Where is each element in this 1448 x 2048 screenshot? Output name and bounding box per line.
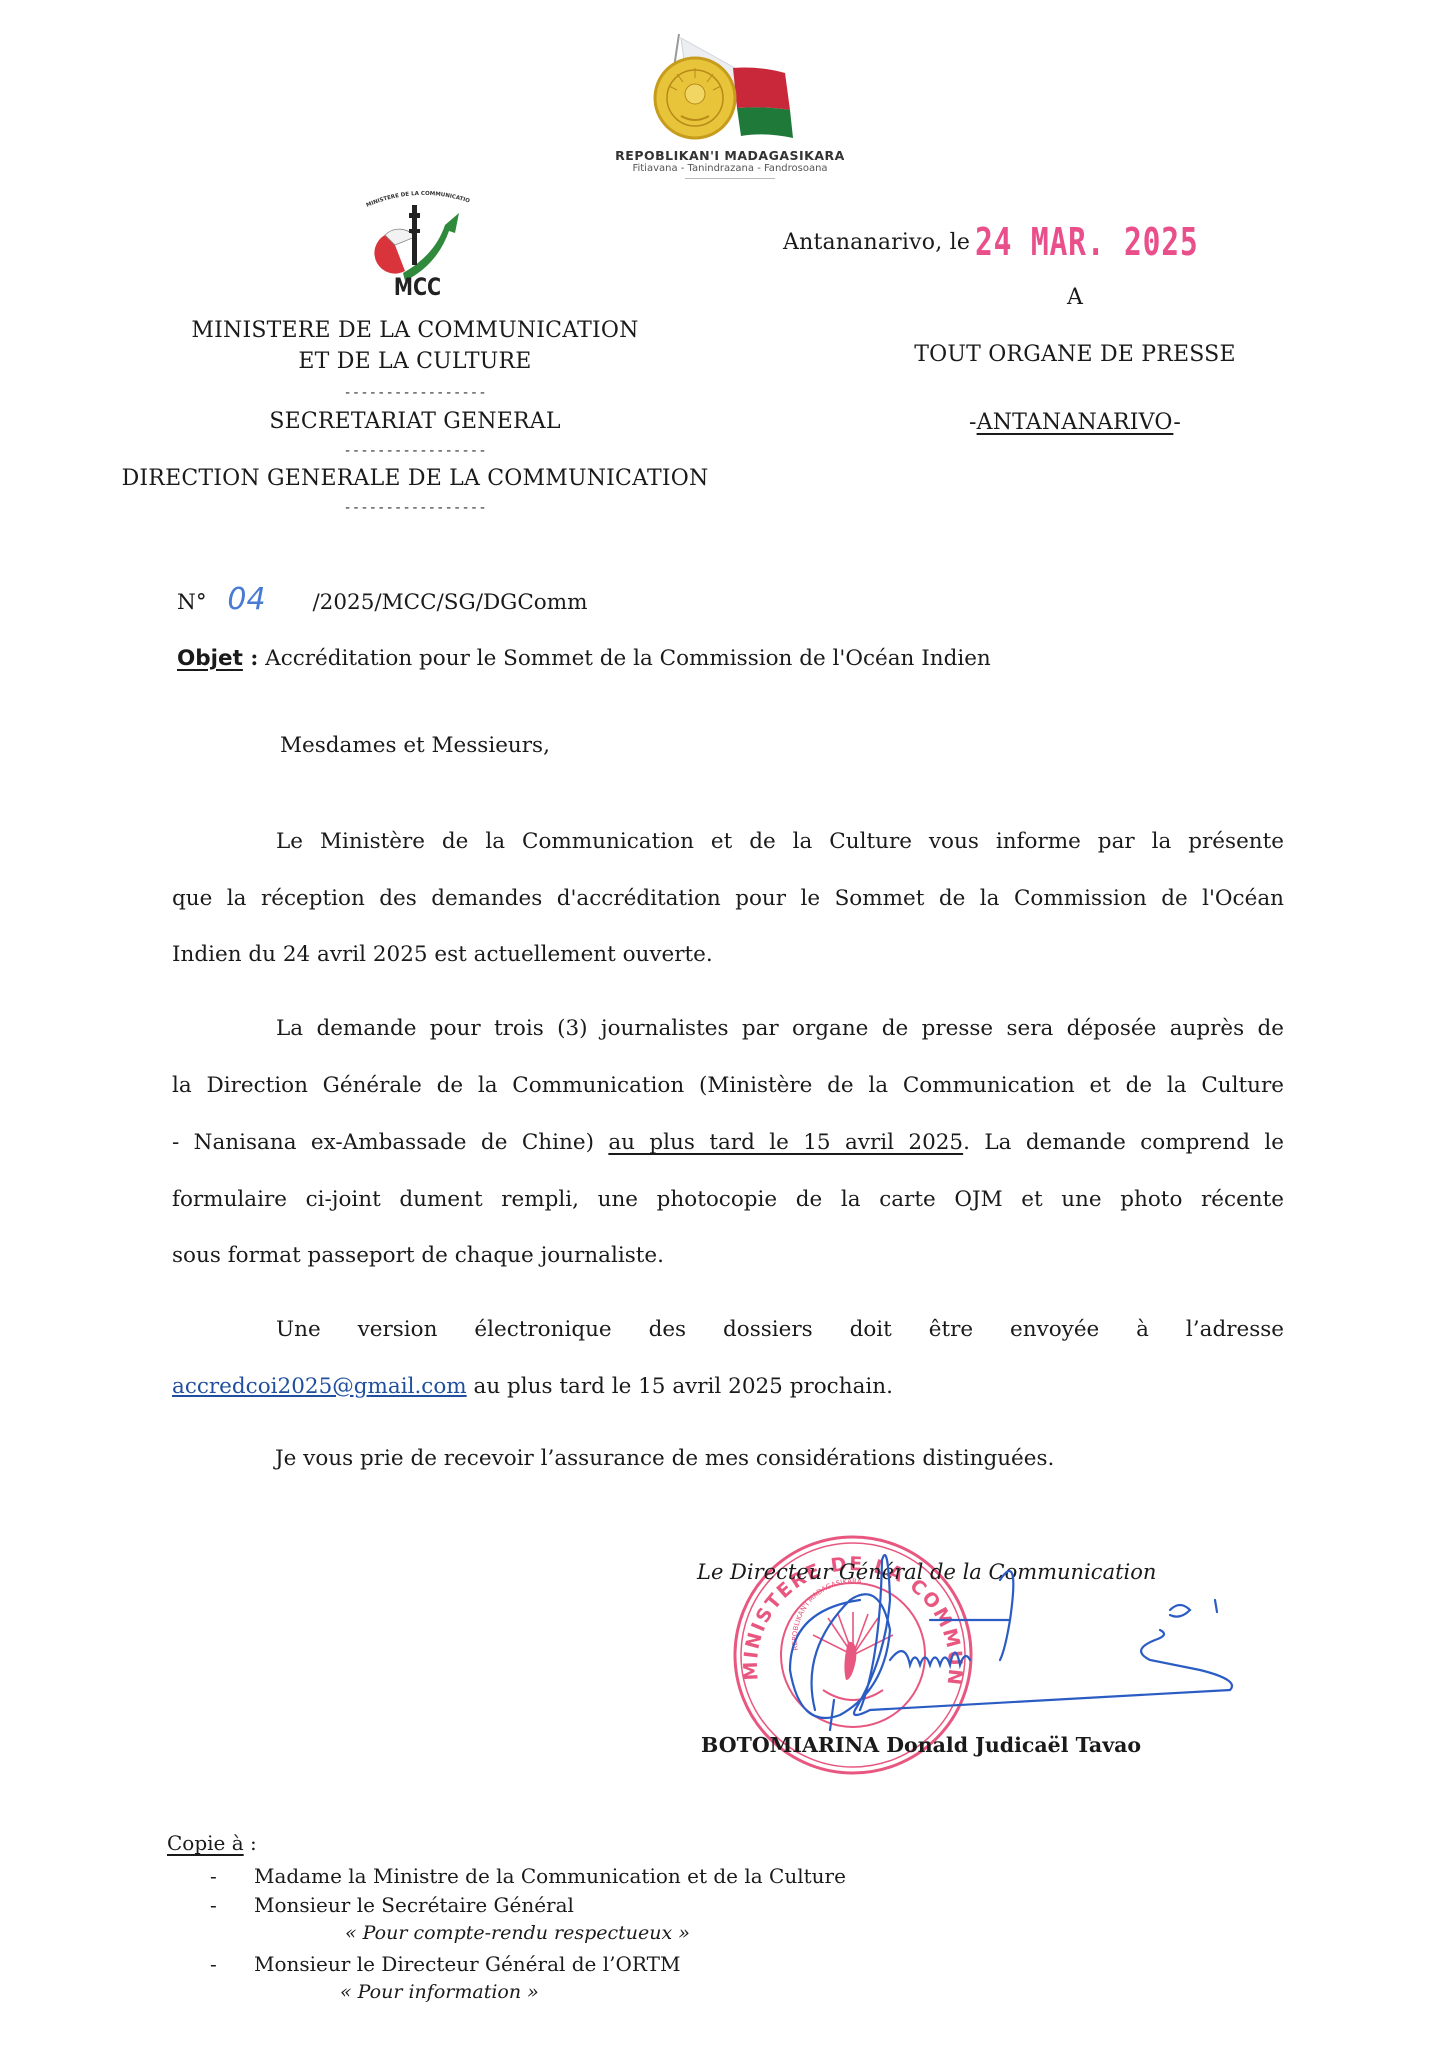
city-name: ANTANANARIVO (977, 410, 1174, 435)
signatory-name: BOTOMIARINA Donald Judicaël Tavao (701, 1733, 1141, 1757)
reference-suffix: /2025/MCC/SG/DGComm (312, 590, 587, 615)
copies-label: Copie à : (167, 1831, 257, 1855)
copy-item: Monsieur le Secrétaire Général (254, 1893, 574, 1917)
deadline-underlined: au plus tard le 15 avril 2025 (608, 1130, 963, 1155)
mcc-logo: MINISTERE DE LA COMMUNICATION ET DE LA C… (355, 185, 480, 305)
mcc-acronym: MCC (368, 273, 468, 301)
national-emblem: REPOBLIKAN'I MADAGASIKARA Fitiavana - Ta… (585, 28, 875, 178)
handwritten-number: 04 (227, 582, 265, 617)
reference-label: N° (177, 590, 207, 615)
ministry-line-1: MINISTERE DE LA COMMUNICATION (65, 318, 765, 343)
ministry-line-2: ET DE LA CULTURE (65, 349, 765, 374)
separator: ----------------- (65, 500, 765, 516)
p2-line-3-after: . La demande comprend le (963, 1130, 1284, 1155)
subject-colon: : (243, 646, 258, 671)
signature-icon (770, 1540, 1240, 1740)
salutation: Mesdames et Messieurs, (280, 733, 1392, 758)
copies-label-text: Copie à (167, 1831, 244, 1855)
email-link[interactable]: accredcoi2025@gmail.com (172, 1374, 467, 1399)
copy-item-bullet: - (210, 1952, 217, 1976)
place-date-prefix: Antananarivo, le (783, 230, 970, 255)
subject: Objet : Accréditation pour le Sommet de … (177, 646, 1289, 671)
direction-generale: DIRECTION GENERALE DE LA COMMUNICATION (65, 466, 765, 491)
p3-line-2: accredcoi2025@gmail.com au plus tard le … (172, 1374, 1284, 1399)
recipient-name: TOUT ORGANE DE PRESSE (825, 342, 1325, 367)
p2-line-3: - Nanisana ex-Ambassade de Chine) au plu… (172, 1130, 1284, 1155)
p2-line-1: La demande pour trois (3) journalistes p… (276, 1016, 1284, 1041)
p2-line-3-before: - Nanisana ex-Ambassade de Chine) (172, 1130, 608, 1155)
copy-item: Madame la Ministre de la Communication e… (254, 1864, 846, 1888)
signatory-given-names: Donald Judicaël Tavao (886, 1733, 1141, 1757)
mcc-logo-icon: MINISTERE DE LA COMMUNICATION ET DE LA C… (355, 185, 480, 285)
emblem-country: REPOBLIKAN'I MADAGASIKARA (585, 148, 875, 163)
handwritten-signature (770, 1540, 1240, 1740)
p1-line-1: Le Ministère de la Communication et de l… (276, 829, 1284, 854)
p1-line-2: que la réception des demandes d'accrédit… (172, 886, 1284, 911)
p3-line-2-after: au plus tard le 15 avril 2025 prochain. (467, 1374, 893, 1399)
recipient-to: A (825, 285, 1325, 310)
subject-label: Objet (177, 646, 243, 671)
signatory-surname: BOTOMIARINA (701, 1733, 879, 1757)
city-suffix: - (1173, 410, 1181, 435)
reference-number: N° 04 /2025/MCC/SG/DGComm (177, 582, 1289, 617)
recipient-city: -ANTANANARIVO- (825, 410, 1325, 435)
p2-line-2: la Direction Générale de la Communicatio… (172, 1073, 1284, 1098)
flag-and-seal-icon (585, 28, 875, 148)
p3-line-1: Une version électronique des dossiers do… (276, 1317, 1284, 1342)
p1-line-3: Indien du 24 avril 2025 est actuellement… (172, 942, 1284, 967)
copy-item-note: « Pour information » (340, 1981, 539, 2003)
p2-line-5: sous format passeport de chaque journali… (172, 1243, 1284, 1268)
closing-formula: Je vous prie de recevoir l’assurance de … (275, 1446, 1387, 1471)
copy-item: Monsieur le Directeur Général de l’ORTM (254, 1952, 680, 1976)
copy-item-note: « Pour compte-rendu respectueux » (345, 1922, 690, 1944)
emblem-rule (685, 178, 775, 179)
copy-item-bullet: - (210, 1893, 217, 1917)
separator: ----------------- (65, 385, 765, 401)
copy-item-bullet: - (210, 1864, 217, 1888)
subject-text: Accréditation pour le Sommet de la Commi… (265, 646, 991, 671)
date-stamp: 24 MAR. 2025 (975, 220, 1199, 264)
secretariat-general: SECRETARIAT GENERAL (65, 409, 765, 434)
copies-colon: : (244, 1831, 257, 1855)
separator: ----------------- (65, 443, 765, 459)
city-prefix: - (969, 410, 977, 435)
p2-line-4: formulaire ci-joint dument rempli, une p… (172, 1187, 1284, 1212)
emblem-motto: Fitiavana - Tanindrazana - Fandrosoana (585, 163, 875, 174)
